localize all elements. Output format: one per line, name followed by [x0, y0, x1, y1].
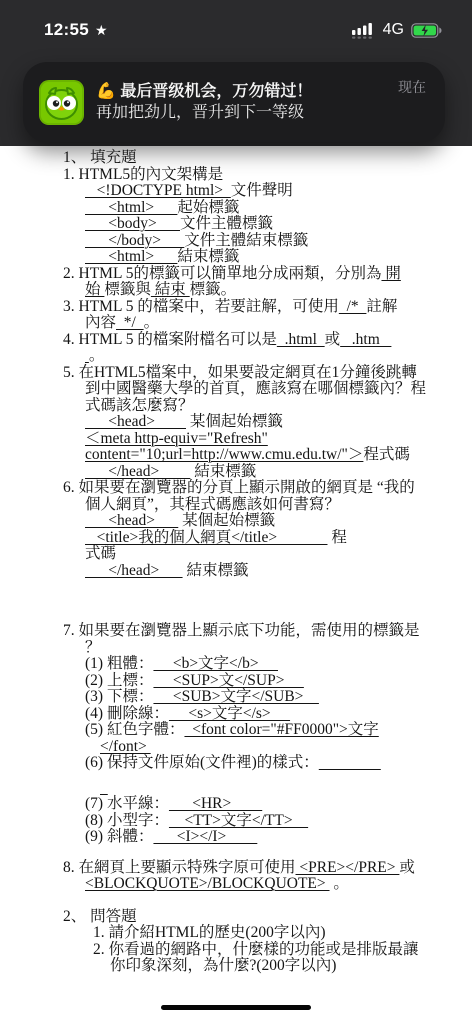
doc-blank-answer: .htm [340, 331, 391, 348]
doc-blank-answer [319, 754, 381, 771]
doc-line: 式碼該怎麼寫？ [63, 398, 463, 415]
doc-blank-answer: 結束 [151, 281, 190, 298]
doc-line: 你印象深刻，為什麼?(200字以內) [63, 958, 463, 975]
doc-blank-answer: <body> [85, 215, 180, 232]
doc-blank-answer: <I></I> [153, 828, 257, 845]
home-indicator[interactable] [161, 1005, 311, 1010]
notification-text-block: 💪 最后晋级机会，万勿错过！ 再加把劲儿，晋升到下一等级 [96, 81, 312, 123]
doc-line: (3) 下標： <SUB>文字</SUB> [63, 689, 463, 706]
doc-line: </head> 結束標籤 [63, 563, 463, 580]
doc-line: 內容 */ 。 [63, 315, 463, 332]
doc-text: 4. HTML 5 的檔案附檔名可以是 [63, 331, 277, 348]
notification-title: 💪 最后晋级机会，万勿错过！ [96, 81, 312, 102]
clock: 12:55 [44, 20, 89, 40]
doc-line: (4) 刪除線： <s>文字</s> [63, 706, 463, 723]
doc-line: <title>我的個人網頁</title> 程 [63, 530, 463, 547]
doc-text: 2、 問答題 [63, 908, 137, 925]
doc-text: 程式碼 [363, 446, 410, 463]
doc-line: ？ [63, 640, 463, 657]
doc-text: 2. HTML 5的標籤可以簡單地分成兩類，分別為 [63, 265, 381, 282]
doc-blank-answer: content="10;url=http://www.cmu.edu.tw/"＞ [85, 446, 363, 463]
status-right: 4G [351, 21, 442, 39]
doc-text: (7) 水平線： [85, 795, 169, 812]
doc-text: 註解 [366, 298, 397, 315]
doc-blank-answer: /* [339, 298, 367, 315]
doc-line: <head> 某個起始標籤 [63, 414, 463, 431]
doc-line: <head> 某個起始標籤 [63, 513, 463, 530]
doc-blank-answer: <SUB>文字</SUB> [153, 688, 318, 705]
doc-blank-answer: <s>文字</s> [169, 705, 290, 722]
doc-text: (4) 刪除線： [85, 705, 169, 722]
doc-blank-answer: </font> [100, 738, 151, 755]
doc-line: content="10;url=http://www.cmu.edu.tw/"＞… [63, 447, 463, 464]
doc-text: 或 [325, 331, 341, 348]
doc-text: 6. 如果要在瀏覽器的分頁上顯示開啟的網頁是 “我的 [63, 479, 415, 496]
doc-line [63, 780, 463, 797]
doc-line: <html> 結束標籤 [63, 249, 463, 266]
doc-text: 1、 填充題 [63, 149, 137, 166]
status-bar: 12:55 ★ 4G [0, 16, 472, 44]
doc-text: 1. 請介紹HTML的歷史(200字以內) [93, 924, 326, 941]
doc-line: 到中國醫藥大學的首頁，應該寫在哪個標籤內？程 [63, 381, 463, 398]
status-left: 12:55 ★ [44, 20, 108, 40]
doc-text: 8. 在網頁上要顯示特殊字原可使用 [63, 859, 296, 876]
duolingo-app-icon [39, 80, 84, 125]
doc-line: <body> 文件主體標籤 [63, 216, 463, 233]
doc-line: 2、 問答題 [63, 909, 463, 926]
doc-blank-answer: 開 [381, 265, 400, 282]
doc-blank-answer: <head> [85, 512, 178, 529]
doc-blank-answer: ＜meta http-equiv="Refresh" [85, 430, 268, 447]
doc-text: 式碼該怎麼寫？ [85, 397, 194, 414]
doc-text: 文件聲明 [231, 182, 293, 199]
doc-blank-answer: <b>文字</b> [153, 655, 278, 672]
doc-text: 結束標籤 [177, 248, 239, 265]
doc-text: 文件主體結束標籤 [184, 232, 308, 249]
doc-text: 。 [144, 314, 160, 331]
doc-blank-answer: .html [277, 331, 325, 348]
doc-text: 個人網頁”，其程式碼應該如何書寫？ [85, 496, 340, 513]
doc-text: 結束標籤 [190, 463, 256, 480]
doc-text: 標籤與 [104, 281, 151, 298]
doc-line: (8) 小型字： <TT>文字</TT> [63, 813, 463, 830]
doc-blank-answer: <html> [85, 199, 177, 216]
doc-line: <html> 起始標籤 [63, 200, 463, 217]
doc-text: 你印象深刻，為什麼?(200字以內) [110, 957, 336, 974]
doc-blank-answer [100, 779, 108, 796]
doc-blank-answer: 始 [85, 281, 104, 298]
doc-text: (1) 粗體： [85, 655, 153, 672]
notification-body: 再加把劲儿，晋升到下一等级 [96, 102, 312, 123]
doc-text: 或 [399, 859, 415, 876]
doc-text: 3. HTML 5 的檔案中，若要註解，可使用 [63, 298, 339, 315]
doc-text: 。 [330, 875, 349, 892]
doc-blank-answer: */ [116, 314, 144, 331]
doc-text: 文件主體標籤 [180, 215, 273, 232]
doc-blank-answer: </head> [85, 463, 190, 480]
doc-text: (8) 小型字： [85, 812, 169, 829]
doc-line: 7. 如果要在瀏覽器上顯示底下功能，需使用的標籤是 [63, 623, 463, 640]
doc-line: 式碼 [63, 546, 463, 563]
doc-text: (3) 下標： [85, 688, 153, 705]
doc-line: (2) 上標： <SUP>文</SUP> [63, 673, 463, 690]
doc-line: 4. HTML 5 的檔案附檔名可以是 .html 或 .htm [63, 332, 463, 349]
doc-text: 到中國醫藥大學的首頁，應該寫在哪個標籤內？程 [85, 380, 426, 397]
battery-charging-icon [411, 23, 442, 38]
star-icon: ★ [95, 23, 108, 37]
doc-blank-answer: </body> [85, 232, 184, 249]
doc-text: ？ [85, 639, 101, 656]
doc-line: 始 標籤與 結束 標籤。 [63, 282, 463, 299]
doc-line: 個人網頁”，其程式碼應該如何書寫？ [63, 497, 463, 514]
doc-text: 5. 在HTML5檔案中，如果要設定網頁在1分鐘後跳轉 [63, 364, 417, 381]
doc-line: 1、 填充題 [63, 150, 463, 167]
doc-line: 6. 如果要在瀏覽器的分頁上顯示開啟的網頁是 “我的 [63, 480, 463, 497]
doc-blank-answer: <SUP>文</SUP> [153, 672, 303, 689]
doc-line: <!DOCTYPE html> 文件聲明 [63, 183, 463, 200]
doc-blank-answer: <font color="#FF0000">文字 [184, 721, 378, 738]
doc-blank-answer: <TT>文字</TT> [169, 812, 308, 829]
doc-text: 內容 [85, 314, 116, 331]
doc-line: 1. 請介紹HTML的歷史(200字以內) [63, 925, 463, 942]
doc-line: ＜meta http-equiv="Refresh" [63, 431, 463, 448]
doc-blank-answer: </head> [85, 562, 183, 579]
doc-text: 程 [327, 529, 346, 546]
doc-line: (7) 水平線： <HR> [63, 796, 463, 813]
doc-text: 某個起始標籤 [178, 512, 275, 529]
doc-line: 8. 在網頁上要顯示特殊字原可使用 <PRE></PRE> 或 [63, 860, 463, 877]
doc-line: 2. 你看過的網路中，什麼樣的功能或是排版最讓 [63, 942, 463, 959]
doc-line: </head> 結束標籤 [63, 464, 463, 481]
doc-line: 5. 在HTML5檔案中，如果要設定網頁在1分鐘後跳轉 [63, 365, 463, 382]
doc-text: (5) 紅色字體： [85, 721, 184, 738]
document-page: 1、 填充題1. HTML5的內文架構是 <!DOCTYPE html> 文件聲… [63, 150, 463, 975]
doc-blank-answer: <title>我的個人網頁</title> [85, 529, 327, 546]
doc-text: (6) 保持文件原始(文件裡)的樣式： [85, 754, 319, 771]
doc-line: (5) 紅色字體： <font color="#FF0000">文字 [63, 722, 463, 739]
doc-line: (6) 保持文件原始(文件裡)的樣式： [63, 755, 463, 772]
doc-line: </font> [63, 739, 463, 756]
doc-text: 式碼 [85, 545, 116, 562]
doc-text: 。 [89, 347, 105, 364]
doc-blank-answer: <head> [85, 413, 186, 430]
doc-blank-answer: <!DOCTYPE html> [85, 182, 231, 199]
doc-line: 2. HTML 5的標籤可以簡單地分成兩類，分別為 開 [63, 266, 463, 283]
doc-blank-answer: <HR> [169, 795, 262, 812]
doc-text: 7. 如果要在瀏覽器上顯示底下功能，需使用的標籤是 [63, 622, 420, 639]
doc-line: 1. HTML5的內文架構是 [63, 167, 463, 184]
notification-banner[interactable]: 💪 最后晋级机会，万勿错过！ 再加把劲儿，晋升到下一等级 现在 [23, 62, 445, 142]
doc-line: 3. HTML 5 的檔案中，若要註解，可使用 /* 註解 [63, 299, 463, 316]
network-type-label: 4G [383, 21, 404, 39]
doc-blank-answer: <PRE></PRE> [296, 859, 400, 876]
doc-text: 起始標籤 [177, 199, 239, 216]
notification-timestamp: 现在 [398, 77, 426, 97]
doc-line: 。 [63, 348, 463, 365]
doc-text: 2. 你看過的網路中，什麼樣的功能或是排版最讓 [93, 941, 419, 958]
doc-text: (9) 斜體： [85, 828, 153, 845]
signal-strength-icon [351, 22, 376, 39]
doc-text: 標籤。 [190, 281, 237, 298]
doc-text: (2) 上標： [85, 672, 153, 689]
doc-text: 1. HTML5的內文架構是 [63, 166, 223, 183]
doc-line: <BLOCKQUOTE>/BLOCKQUOTE> 。 [63, 876, 463, 893]
doc-line: (9) 斜體： <I></I> [63, 829, 463, 846]
doc-text: 結束標籤 [183, 562, 249, 579]
doc-line: </body> 文件主體結束標籤 [63, 233, 463, 250]
doc-text: 某個起始標籤 [186, 413, 283, 430]
doc-line: (1) 粗體： <b>文字</b> [63, 656, 463, 673]
doc-blank-answer: <BLOCKQUOTE>/BLOCKQUOTE> [85, 875, 330, 892]
doc-blank-answer: <html> [85, 248, 177, 265]
